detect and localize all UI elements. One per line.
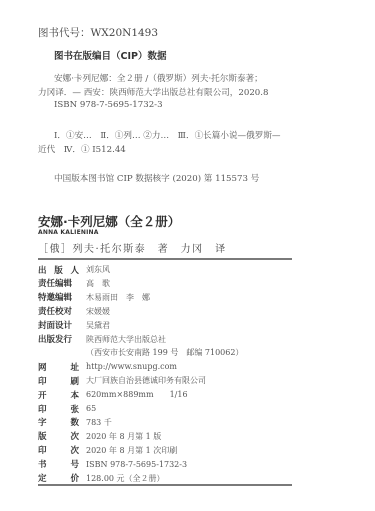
book-author-line: ［俄］列夫·托尔斯泰 著 力冈 译 (38, 240, 227, 255)
book-code-value: WX20N1493 (91, 27, 159, 39)
cip-line-verification: 中国版本图书馆 CIP 数据核字 (2020) 第 115573 号 (54, 172, 259, 184)
cip-line-classification-1: Ⅰ．①安… Ⅱ．①列… ②力… Ⅲ．①长篇小说—俄罗斯— (54, 129, 281, 141)
info-row: 印刷大厂回族自治县德诚印务有限公司 (38, 374, 206, 387)
info-label: 印次 (38, 444, 79, 456)
info-label-char: 印 (38, 403, 47, 415)
info-value: 刘东风 (86, 264, 110, 275)
info-row: 印次2020 年 8 月第 1 次印刷 (38, 444, 177, 457)
cip-line-publisher: 力冈译．— 西安：陕西师范大学出版总社有限公司，2020.8 (38, 86, 268, 98)
book-subtitle: ANNA KALIENINA (38, 229, 99, 236)
info-value: 128.00 元（全２册） (86, 473, 165, 484)
info-value: 65 (86, 404, 96, 413)
info-label-char: 开 (38, 389, 47, 401)
info-label-char: 刷 (70, 375, 79, 387)
info-label-char: 次 (70, 444, 79, 456)
info-value: 2020 年 8 月第 1 次印刷 (86, 445, 177, 456)
info-label-char: 印 (38, 444, 47, 456)
info-label-char: 数 (70, 416, 79, 428)
info-label-char: 次 (70, 430, 79, 442)
info-label: 出版人 (38, 264, 79, 276)
info-label: 特邀编辑 (38, 291, 79, 303)
info-value: 木易雨田 李 娜 (86, 292, 150, 303)
info-label: 印刷 (38, 375, 79, 387)
info-label: 开本 (38, 389, 79, 401)
info-label-char: 号 (70, 458, 79, 470)
info-label-char: 印 (38, 375, 47, 387)
info-row: 责任校对宋媛媛 (38, 305, 110, 318)
info-label-char: 封面设计 (38, 319, 72, 331)
info-label: 书号 (38, 458, 79, 470)
info-value: 620mm×889mm 1/16 (86, 389, 188, 400)
info-label-char: 人 (70, 264, 79, 276)
info-row: 印张65 (38, 402, 96, 415)
info-label-char: 字 (38, 416, 47, 428)
info-row: 出版发行陕西师范大学出版总社 (38, 333, 166, 346)
info-row: 责任编辑高 歌 (38, 277, 110, 290)
info-value: 大厂回族自治县德诚印务有限公司 (86, 375, 206, 386)
info-label-char: 特邀编辑 (38, 291, 72, 303)
cip-title: 图书在版编目（CIP）数据 (54, 48, 166, 62)
info-label: 定价 (38, 472, 79, 484)
cip-line-isbn: ISBN 978-7-5695-1732-3 (54, 100, 163, 110)
info-value: 宋媛媛 (86, 306, 110, 317)
info-label: 出版发行 (38, 333, 79, 345)
cip-line-title: 安娜·卡列尼娜：全２册 /（俄罗斯）列夫·托尔斯泰著； (54, 72, 263, 84)
info-label: 责任校对 (38, 305, 79, 317)
info-label-char: 版 (38, 430, 47, 442)
info-row: 字数783 千 (38, 416, 112, 429)
book-code-label: 图书代号： (38, 27, 91, 39)
divider-top (38, 258, 292, 260)
info-value: 陕西师范大学出版总社 (86, 334, 166, 345)
info-label: 责任编辑 (38, 277, 79, 289)
info-value: ISBN 978-7-5695-1732-3 (86, 460, 187, 469)
info-value: 2020 年 8 月第 1 版 (86, 431, 161, 442)
book-code-line: 图书代号：WX20N1493 (38, 25, 158, 40)
info-label: 版次 (38, 430, 79, 442)
info-row: 定价128.00 元（全２册） (38, 472, 165, 485)
info-label-char: 版 (54, 264, 63, 276)
info-value: 783 千 (86, 417, 112, 428)
info-row: 特邀编辑木易雨田 李 娜 (38, 291, 150, 304)
info-row: 封面设计吴黛君 (38, 319, 110, 332)
cip-line-classification-2: 近代 Ⅳ．① I512.44 (38, 143, 126, 155)
info-label-char: 本 (70, 389, 79, 401)
info-label-char: 张 (70, 403, 79, 415)
info-value: 高 歌 (86, 278, 110, 289)
info-label-char: 址 (70, 361, 79, 373)
info-row: 版次2020 年 8 月第 1 版 (38, 430, 161, 443)
info-row: 出版人刘东风 (38, 263, 110, 276)
info-row: （西安市长安南路 199 号 邮编 710062） (38, 346, 243, 359)
info-label-char: 出 (38, 264, 47, 276)
info-label-char: 责任编辑 (38, 277, 72, 289)
info-value: （西安市长安南路 199 号 邮编 710062） (86, 347, 243, 358)
info-label: 印张 (38, 403, 79, 415)
info-label-char: 责任校对 (38, 305, 72, 317)
info-label: 封面设计 (38, 319, 79, 331)
divider-bottom (38, 484, 292, 486)
info-value: 吴黛君 (86, 320, 110, 331)
info-label-char: 定 (38, 472, 47, 484)
info-label-char: 出版发行 (38, 333, 72, 345)
info-row: 网址http://www.snupg.com (38, 360, 177, 373)
book-title: 安娜·卡列尼娜（全２册） (38, 212, 180, 230)
info-row: 书号ISBN 978-7-5695-1732-3 (38, 458, 187, 471)
info-label-char: 网 (38, 361, 47, 373)
info-row: 开本620mm×889mm 1/16 (38, 388, 188, 401)
info-label-char: 价 (70, 472, 79, 484)
info-label-char: 书 (38, 458, 47, 470)
info-label: 网址 (38, 361, 79, 373)
info-label: 字数 (38, 416, 79, 428)
info-value[interactable]: http://www.snupg.com (86, 362, 177, 371)
